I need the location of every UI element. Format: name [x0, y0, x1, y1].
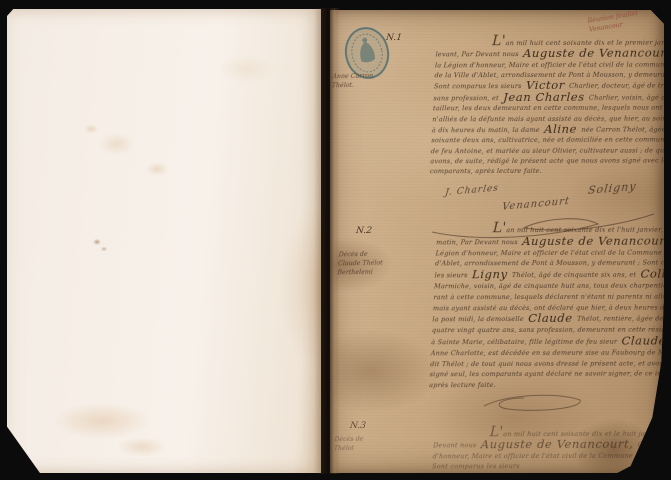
margin-note-line: Thélot — [333, 444, 363, 454]
act-line: avons, de suite, rédigé le présent acte … — [430, 156, 663, 167]
act-line: levant, Par Devant nous Auguste de Venan… — [435, 48, 664, 60]
act-body: L'an mil huit cent soixante dix et l'hui… — [429, 223, 664, 392]
margin-note-line: Thélot. — [331, 81, 372, 91]
signature: J. Charles — [444, 184, 499, 199]
margin-note-line: Claude Thélot — [338, 259, 383, 269]
act-body: L'an mil huit cent soixante dix et le pr… — [430, 36, 664, 177]
act-margin-note: Anne CarronThélot. — [331, 72, 373, 91]
act-margin-note: Décès deThélot — [333, 435, 363, 454]
margin-note-line: Anne Carron — [332, 72, 373, 82]
act-2: N.2 Décès deClaude ThélotBerthelemi L'an… — [330, 220, 664, 420]
act-line: Devant nous Auguste de Venancourt, Cheva… — [433, 439, 664, 451]
signature: Soligny — [587, 180, 637, 197]
act-line: soixante deux ans, cultivatrice, née et … — [431, 135, 664, 146]
act-3: N.3 Décès deThélot L'an mil huit cent so… — [330, 417, 664, 473]
act-1: N.1 Anne CarronThélot. L'an mil huit cen… — [330, 26, 664, 231]
act-line: rant à cette commune, lesquels déclarent… — [433, 291, 664, 303]
act-line: dit Thélot ; de tout quoi nous avons dre… — [430, 358, 663, 370]
act-line: Légion d'honneur, Maire et officier de l… — [435, 247, 664, 259]
act-body: L'an mil huit cent soixante dix et le hu… — [432, 427, 664, 471]
act-line: Anne Charlotte, est décédée en sa demeur… — [430, 347, 663, 359]
act-line: matin, Par Devant nous Auguste de Venanc… — [436, 235, 664, 248]
act-line: à dix heures du matin, la dame Aline née… — [432, 124, 664, 136]
act-line: sans profession, et Jean Charles Charlie… — [433, 91, 664, 103]
act-margin-note: Décès deClaude ThélotBerthelemi — [337, 250, 384, 278]
act-line: Marmiche, voisin, âgé de cinquante huit … — [434, 281, 664, 293]
margin-note-line: Berthelemi — [337, 268, 382, 278]
manuscript-page: Réunion feuillet Venancour N.1 Anne Carr… — [330, 10, 664, 473]
act-number: N.3 — [349, 421, 366, 431]
act-number: N.1 — [385, 33, 402, 43]
left-blank-page — [7, 9, 321, 473]
act-line: à Sainte Marie, célibataire, fille légit… — [431, 336, 664, 349]
act-line: signé seul, les comparants ayant déclaré… — [429, 369, 662, 381]
signature-flourish — [478, 390, 590, 416]
act-number: N.2 — [355, 226, 372, 236]
act-line: les sieurs Ligny Thélot, âgé de cinquant… — [434, 269, 664, 282]
act-line: la post midi, la demoiselle Claude Thélo… — [432, 313, 664, 326]
scanned-register-spread: Réunion feuillet Venancour N.1 Anne Carr… — [0, 0, 671, 480]
act-line: Sont comparus les sieurs — [432, 460, 664, 471]
act-line: tailleur, les deux demeurant en cette co… — [433, 103, 664, 114]
